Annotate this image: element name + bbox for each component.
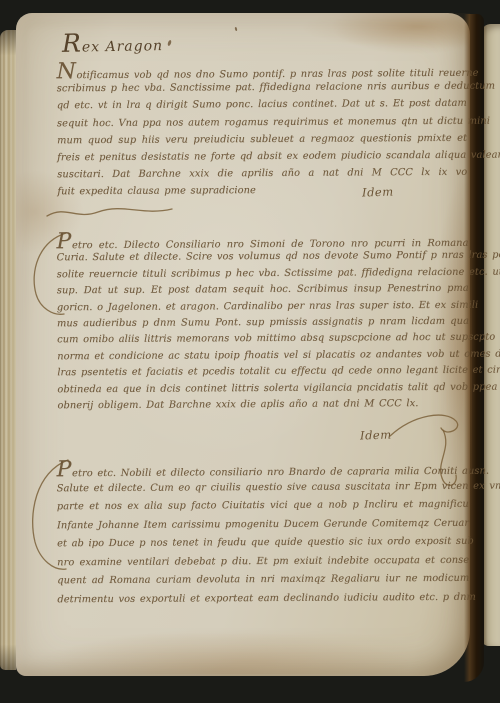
text-line: nro examine ventilari debebat p diu. Et … [57,551,469,572]
register-entry: Petro etc. Nobili et dilecto consiliario… [57,459,470,610]
text-line: detrimentu vos exportuli et exporteat ea… [57,588,469,609]
manuscript-photo: Rex Aragon Notificamus vob qd nos dno Su… [0,0,500,703]
text-line: suscitari. Dat Barchne xxix die aprilis … [57,164,467,184]
text-line: fuit expedita clausa pme supradicione [57,182,303,201]
text-line: quent ad Romana curiam devoluta in nri m… [57,570,469,591]
text-line: Infante Johanne Item carissimu pmogenitu… [57,514,469,535]
text-line: et ab ipo Duce p nos tenet in feudu que … [57,533,469,554]
page-edge-stack [0,30,16,670]
wavy-flourish [44,202,176,224]
register-entry: Petro etc. Dilecto Consiliario nro Simon… [56,232,469,415]
page-heading: Rex Aragon [62,27,164,58]
text-line: Salute et dilecte. Cum eo qr ciuilis que… [57,477,469,498]
idem-signoff: Idem [362,184,394,199]
text-line: parte et nos ex alia sup facto Ciuitatis… [57,496,469,517]
idem-signoff: Idem [360,427,392,442]
text-line: Petro etc. Nobili et dilecto consiliario… [57,459,469,480]
register-entry: Notificamus vob qd nos dno Sumo pontif. … [57,61,468,201]
text-line: obnerij obligem. Dat Barchne xxix die ap… [57,396,436,415]
